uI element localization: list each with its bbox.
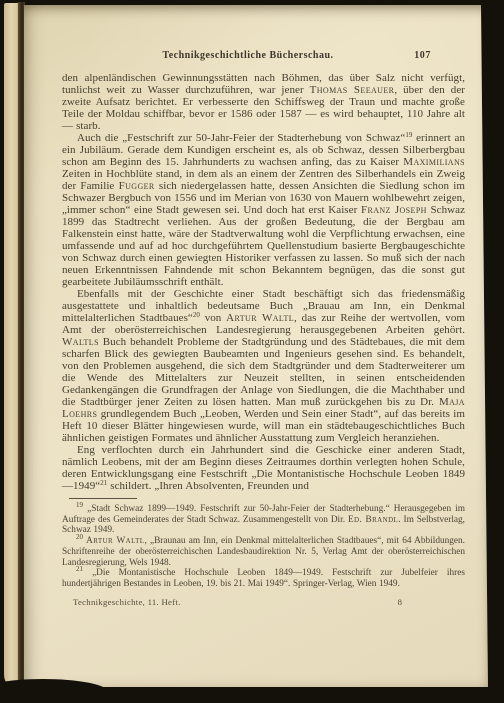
- running-title: Technikgeschichtliche Bücherschau.: [62, 50, 434, 61]
- paragraph: den alpenländischen Gewinnungsstätten na…: [62, 72, 465, 132]
- page-footer: Technikgeschichte, 11. Heft. 8: [62, 597, 465, 607]
- paragraph: Eng verflochten durch ein Jahrhundert si…: [62, 444, 465, 492]
- footnote-separator: [69, 498, 137, 499]
- paragraph: Ebenfalls mit der Geschichte einer Stadt…: [62, 288, 465, 444]
- gutter-shadow: [18, 2, 25, 692]
- book-page: Technikgeschichtliche Bücherschau. 107 d…: [24, 5, 488, 687]
- paragraph: Auch die „Festschrift zur 50-Jahr-Feier …: [62, 132, 465, 288]
- signature-mark: 8: [398, 597, 402, 607]
- scanned-book-spread: { "header": { "title": "Technikgeschicht…: [0, 0, 504, 703]
- footnote: 20 Artur Waltl, „Braunau am Inn, ein Den…: [62, 536, 465, 568]
- footnote: 19 „Stadt Schwaz 1899—1949. Festschrift …: [62, 504, 465, 536]
- body-text: den alpenländischen Gewinnungsstätten na…: [62, 72, 465, 492]
- journal-imprint: Technikgeschichte, 11. Heft.: [73, 597, 181, 607]
- page-number: 107: [414, 50, 431, 61]
- page-bottom-shadow: [0, 679, 108, 703]
- footnote: 21 „Die Montanistische Hochschule Leoben…: [62, 568, 465, 589]
- page-header: Technikgeschichtliche Bücherschau. 107: [62, 50, 465, 63]
- footnotes: 19 „Stadt Schwaz 1899—1949. Festschrift …: [62, 504, 465, 590]
